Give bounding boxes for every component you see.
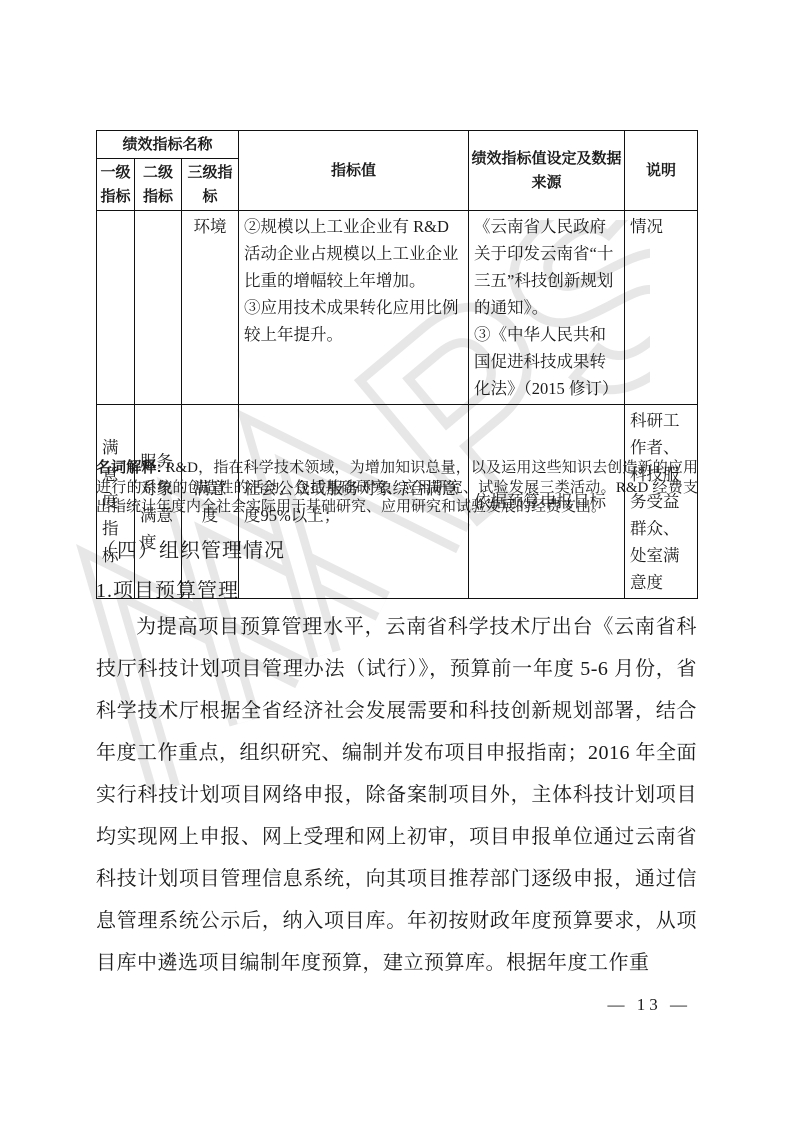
subsection-heading-project-budget-management: 1.项目预算管理 bbox=[96, 574, 697, 603]
cell-level1 bbox=[97, 211, 135, 405]
cell-value-source: 《云南省人民政府关于印发云南省“十三五”科技创新规划的通知》。 ③《中华人民共和… bbox=[469, 211, 625, 405]
header-value-setting-source: 绩效指标值设定及数据来源 bbox=[469, 131, 625, 211]
performance-indicator-table: 绩效指标名称 指标值 绩效指标值设定及数据来源 说明 一级指标 二级指标 三级指… bbox=[96, 130, 698, 599]
header-indicator-name-group: 绩效指标名称 bbox=[97, 131, 239, 159]
glossary-note: 名词解释: R&D，指在科学技术领域，为增加知识总量，以及运用这些知识去创造新的… bbox=[96, 458, 698, 518]
header-level2-indicator: 二级指标 bbox=[135, 159, 182, 211]
cell-note: 情况 bbox=[625, 211, 698, 405]
glossary-label: 名词解释: bbox=[96, 459, 162, 476]
section-heading-organization-management: （四）组织管理情况 bbox=[96, 534, 697, 563]
header-indicator-value: 指标值 bbox=[239, 131, 469, 211]
cell-level2 bbox=[135, 211, 182, 405]
cell-level3: 环境 bbox=[182, 211, 239, 405]
table-row-environment: 环境 ②规模以上工业企业有 R&D 活动企业占规模以上工业企业比重的增幅较上年增… bbox=[97, 211, 698, 405]
document-page: PS 绩效指标名称 指标值 绩效指标值设定及数据来源 说明 一级指标 二级指标 … bbox=[0, 0, 793, 1122]
header-level3-indicator: 三级指标 bbox=[182, 159, 239, 211]
body-paragraph: 为提高项目预算管理水平，云南省科学技术厅出台《云南省科技厅科技计划项目管理办法（… bbox=[96, 606, 697, 984]
cell-indicator-value: ②规模以上工业企业有 R&D 活动企业占规模以上工业企业比重的增幅较上年增加。 … bbox=[239, 211, 469, 405]
page-number: — 13 — bbox=[608, 995, 692, 1015]
header-level1-indicator: 一级指标 bbox=[97, 159, 135, 211]
glossary-text: R&D，指在科学技术领域，为增加知识总量，以及运用这些知识去创造新的应用进行的系… bbox=[96, 460, 698, 515]
header-note: 说明 bbox=[625, 131, 698, 211]
